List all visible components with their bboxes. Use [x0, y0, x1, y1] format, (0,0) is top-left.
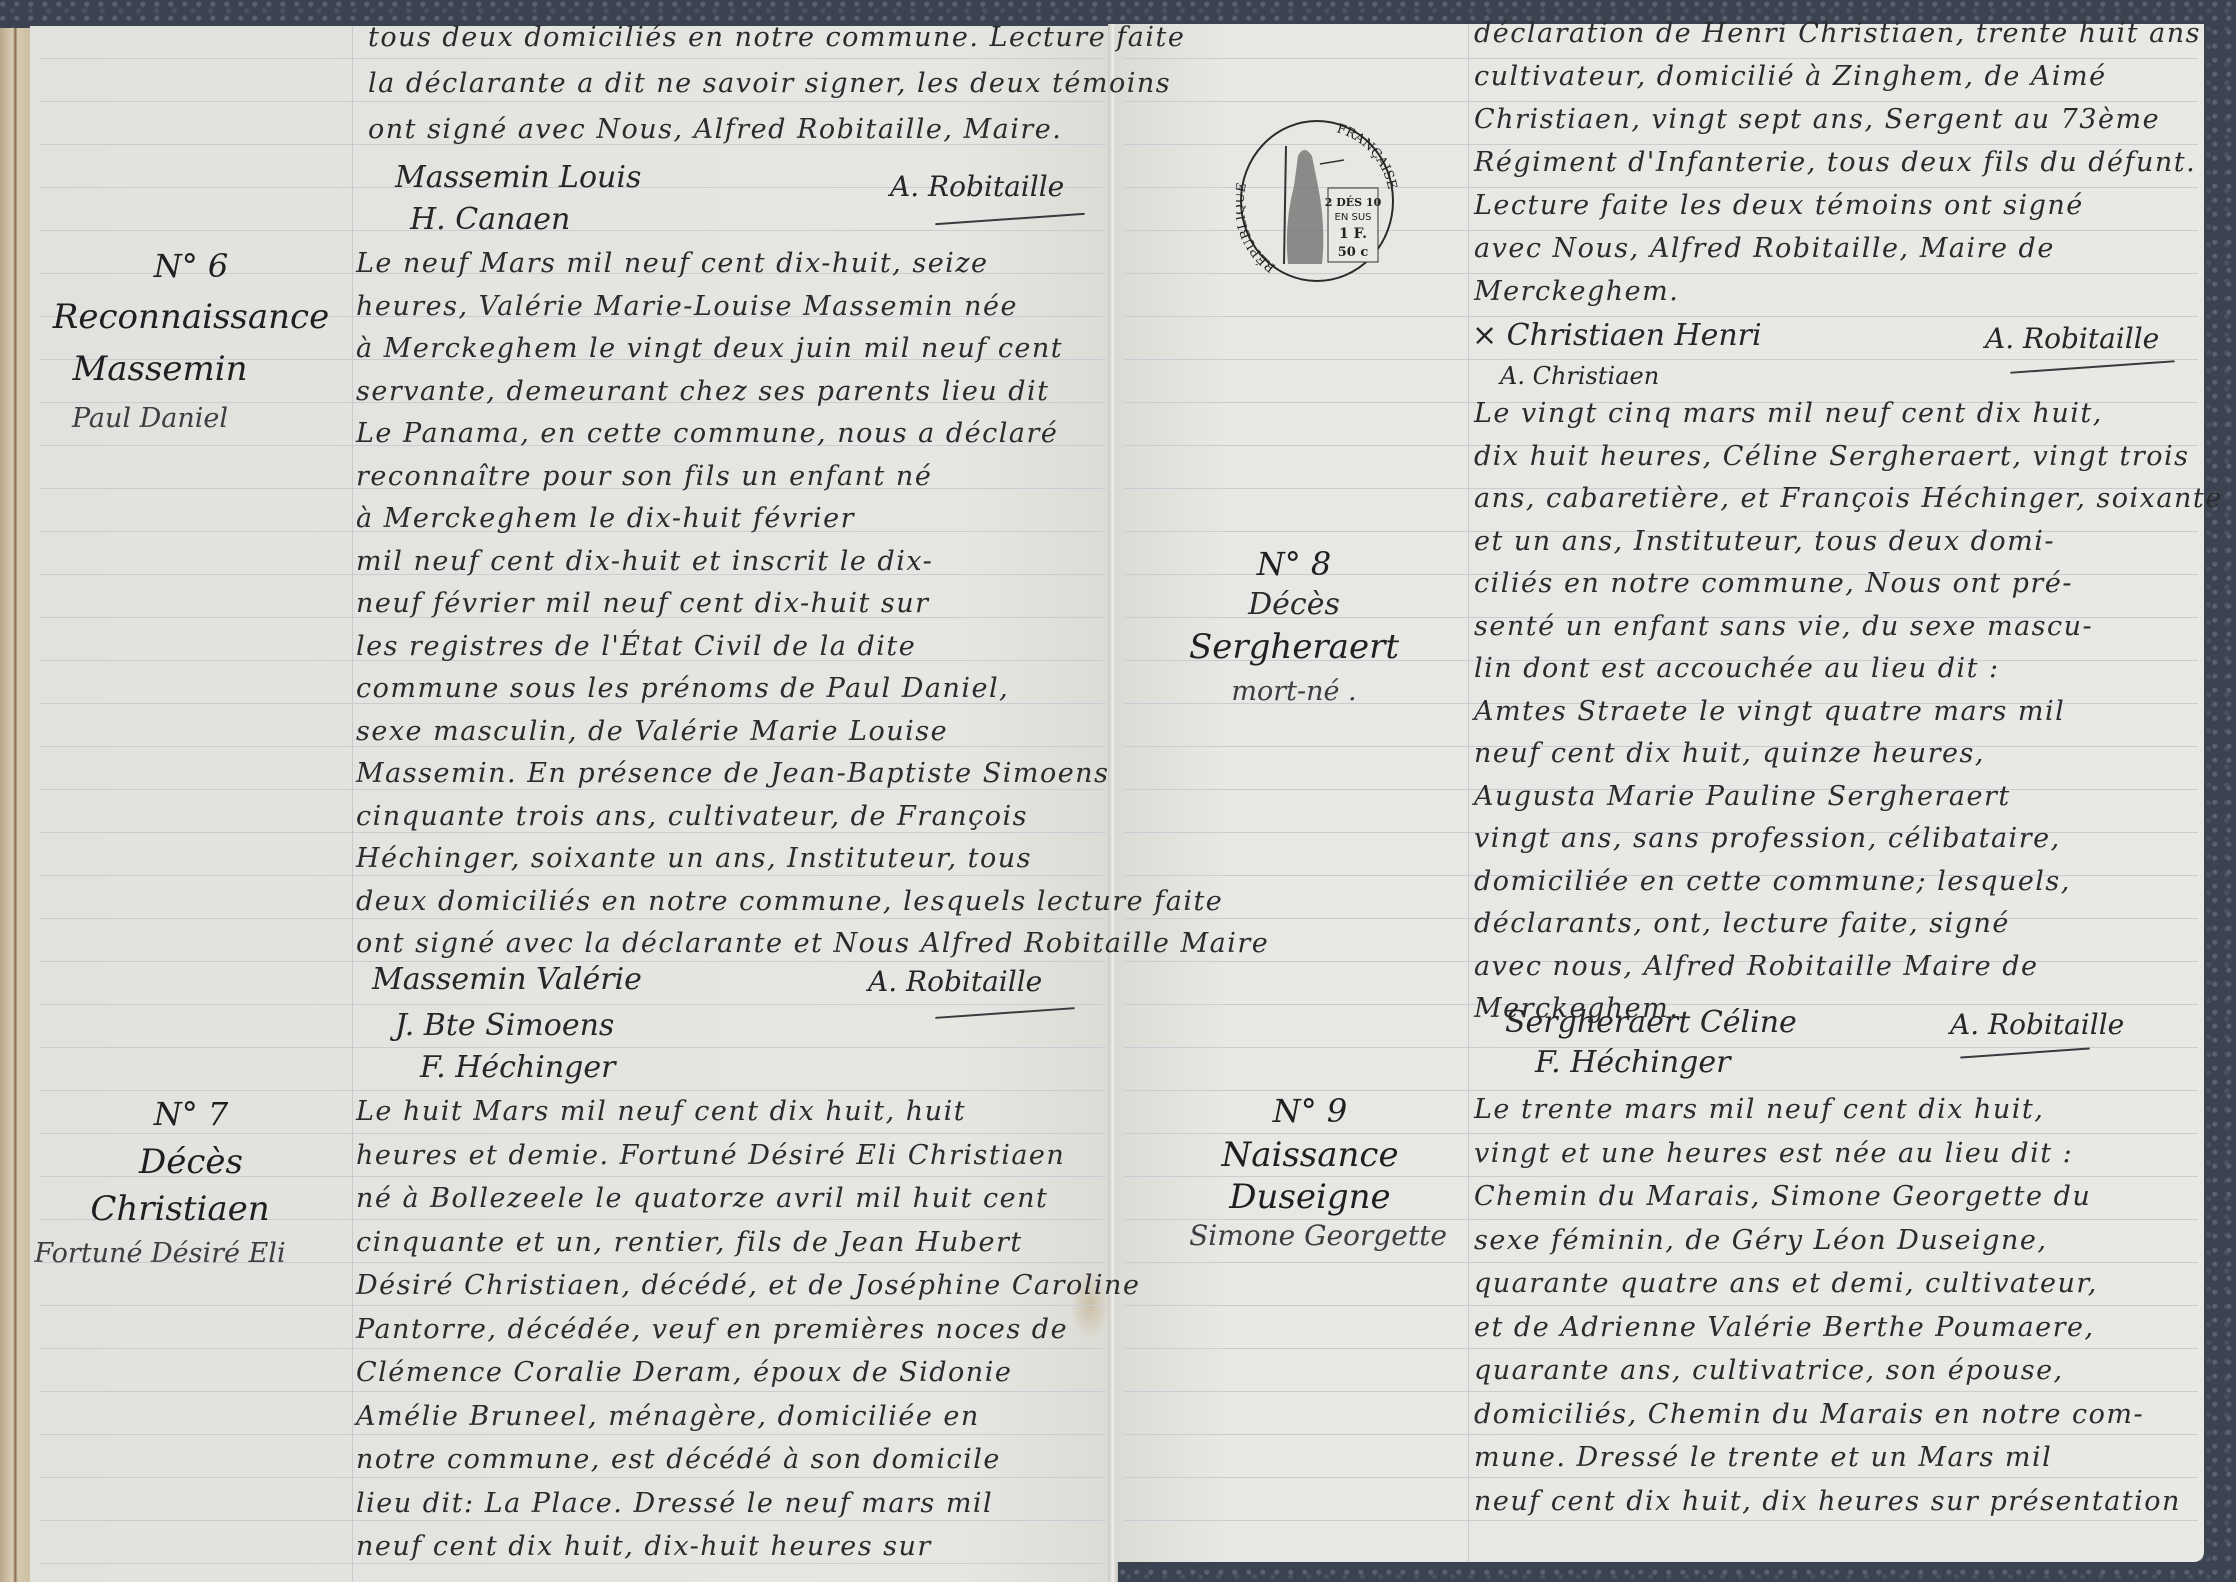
- stamp-line-2: EN SUS: [1335, 212, 1372, 223]
- body-line: Désiré Christiaen, décédé, et de Joséphi…: [356, 1272, 1140, 1299]
- entry-number: N° 9: [1160, 1095, 1460, 1127]
- body-line: et de Adrienne Valérie Berthe Poumaere,: [1474, 1314, 2095, 1341]
- ruled-line: [1124, 1391, 2198, 1392]
- entry-type: Décès: [1120, 590, 1468, 620]
- body-line: né à Bollezeele le quatorze avril mil hu…: [356, 1185, 1048, 1212]
- signature-christiaen-henri: × Christiaen Henri: [1472, 318, 1762, 353]
- signature-witness-2: F. Héchinger: [420, 1050, 615, 1085]
- ruled-line: [1124, 316, 2198, 317]
- body-line: Pantorre, décédée, veuf en premières noc…: [356, 1316, 1068, 1343]
- ruled-line: [40, 918, 1106, 919]
- body-line: heures, Valérie Marie-Louise Massemin né…: [356, 293, 1018, 320]
- body-line: neuf cent dix huit, dix heures sur prése…: [1474, 1488, 2181, 1515]
- body-line: lieu dit: La Place. Dressé le neuf mars …: [356, 1490, 993, 1517]
- entry-surname: Massemin: [20, 352, 300, 386]
- ruled-line: [40, 1305, 1106, 1306]
- body-line: lin dont est accouchée au lieu dit :: [1474, 655, 2000, 682]
- body-line: Amélie Bruneel, ménagère, domiciliée en: [356, 1403, 980, 1430]
- body-line: mune. Dressé le trente et un Mars mil: [1474, 1444, 2052, 1471]
- ruled-line: [40, 1133, 1106, 1134]
- body-line: cinquante trois ans, cultivateur, de Fra…: [356, 803, 1028, 830]
- body-line: à Merckeghem le dix-huit février: [356, 505, 855, 532]
- body-line: neuf cent dix huit, dix-huit heures sur: [356, 1533, 932, 1560]
- ruled-line: [40, 230, 1106, 231]
- body-line: Héchinger, soixante un ans, Instituteur,…: [356, 845, 1032, 872]
- ruled-line: [1124, 1348, 2198, 1349]
- body-line: cinquante et un, rentier, fils de Jean H…: [356, 1229, 1023, 1256]
- signature-canaen: H. Canaen: [410, 202, 570, 237]
- ruled-line: [40, 1090, 1106, 1091]
- body-line: Le huit Mars mil neuf cent dix huit, hui…: [356, 1098, 966, 1125]
- entry-type: Naissance: [1160, 1138, 1460, 1172]
- ruled-line: [40, 832, 1106, 833]
- body-line: Christiaen, vingt sept ans, Sergent au 7…: [1474, 106, 2160, 133]
- signature-massemin-louis: Massemin Louis: [395, 160, 641, 195]
- body-line: domiciliés, Chemin du Marais en notre co…: [1474, 1401, 2144, 1428]
- ruled-line: [40, 875, 1106, 876]
- body-line: notre commune, est décédé à son domicile: [356, 1446, 1001, 1473]
- body-line: avec nous, Alfred Robitaille Maire de: [1474, 953, 2039, 980]
- body-line: heures et demie. Fortuné Désiré Eli Chri…: [356, 1142, 1065, 1169]
- stamp-line-3: 1 F.: [1339, 226, 1367, 242]
- body-line: senté un enfant sans vie, du sexe mascu-: [1474, 613, 2093, 640]
- body-line: domiciliée en cette commune; lesquels,: [1474, 868, 2071, 895]
- ruled-line: [40, 1434, 1106, 1435]
- entry-surname: Christiaen: [30, 1192, 330, 1226]
- entry-number: N° 7: [30, 1098, 352, 1130]
- body-line: ont signé avec Nous, Alfred Robitaille, …: [368, 116, 1062, 143]
- body-line: cultivateur, domicilié à Zinghem, de Aim…: [1474, 63, 2107, 90]
- ruled-line: [40, 1047, 1106, 1048]
- body-line: Régiment d'Infanterie, tous deux fils du…: [1474, 149, 2196, 176]
- revenue-stamp-icon: RÉPUBLIQUE FRANÇAISE 2 DÉS 10 EN SUS 1 F…: [1236, 116, 1398, 286]
- ruled-line: [1124, 1262, 2198, 1263]
- signature-mayor: A. Robitaille: [868, 965, 1042, 998]
- body-line: Massemin. En présence de Jean-Baptiste S…: [356, 760, 1109, 787]
- body-line: sexe masculin, de Valérie Marie Louise: [356, 718, 948, 745]
- svg-text:FRANÇAISE: FRANÇAISE: [1335, 121, 1398, 190]
- body-line: avec Nous, Alfred Robitaille, Maire de: [1474, 235, 2055, 262]
- body-line: deux domiciliés en notre commune, lesque…: [356, 888, 1223, 915]
- ruled-line: [40, 1391, 1106, 1392]
- body-line: ont signé avec la déclarante et Nous Alf…: [356, 930, 1269, 957]
- body-line: reconnaître pour son fils un enfant né: [356, 463, 932, 490]
- body-line: quarante ans, cultivatrice, son épouse,: [1474, 1357, 2064, 1384]
- ruled-line: [40, 1348, 1106, 1349]
- signature-witness-1: J. Bte Simoens: [395, 1008, 614, 1043]
- ruled-line: [40, 101, 1106, 102]
- body-line: Chemin du Marais, Simone Georgette du: [1474, 1183, 2091, 1210]
- body-line: Amtes Straete le vingt quatre mars mil: [1474, 698, 2065, 725]
- body-line: vingt et une heures est née au lieu dit …: [1474, 1140, 2073, 1167]
- body-line: commune sous les prénoms de Paul Daniel,: [356, 675, 1009, 702]
- entry-type: Décès: [30, 1145, 352, 1179]
- body-line: ciliés en notre commune, Nous ont pré-: [1474, 570, 2073, 597]
- body-line: les registres de l'État Civil de la dite: [356, 633, 916, 660]
- body-line: Merckeghem.: [1474, 278, 1679, 305]
- stamp-ring-right: FRANÇAISE: [1335, 121, 1398, 190]
- body-line: déclarants, ont, lecture faite, signé: [1474, 910, 2010, 937]
- ruled-line: [40, 1004, 1106, 1005]
- body-line: Clémence Coralie Deram, époux de Sidonie: [356, 1359, 1012, 1386]
- body-line: neuf cent dix huit, quinze heures,: [1474, 740, 1985, 767]
- signature-christiaen-aime: A. Christiaen: [1500, 362, 1659, 390]
- ruled-line: [1124, 1434, 2198, 1435]
- entry-surname: Duseigne: [1160, 1180, 1460, 1214]
- body-line: Le trente mars mil neuf cent dix huit,: [1474, 1096, 2044, 1123]
- ruled-line: [1124, 359, 2198, 360]
- left-margin-rule: [352, 26, 353, 1582]
- signature-mayor: A. Robitaille: [1985, 322, 2159, 355]
- stamp-line-1: 2 DÉS 10: [1325, 195, 1382, 209]
- entry-surname: Sergheraert: [1120, 630, 1468, 664]
- signature-mayor: A. Robitaille: [890, 170, 1064, 203]
- entry-given-names: mort-né .: [1120, 678, 1468, 705]
- ruled-line: [1124, 101, 2198, 102]
- ruled-line: [1124, 1090, 2198, 1091]
- body-line: tous deux domiciliés en notre commune. L…: [368, 24, 1185, 51]
- entry-type: Reconnaissance: [30, 300, 352, 334]
- right-margin-rule: [1468, 24, 1469, 1562]
- body-line: ans, cabaretière, et François Héchinger,…: [1474, 485, 2223, 512]
- ruled-line: [1124, 1133, 2198, 1134]
- body-line: vingt ans, sans profession, célibataire,: [1474, 825, 2061, 852]
- ruled-line: [40, 58, 1106, 59]
- body-line: mil neuf cent dix-huit et inscrit le dix…: [356, 548, 933, 575]
- body-line: la déclarante a dit ne savoir signer, le…: [368, 70, 1171, 97]
- ruled-line: [1124, 1477, 2198, 1478]
- svg-text:RÉPUBLIQUE: RÉPUBLIQUE: [1236, 181, 1278, 274]
- stamp-ring-left: RÉPUBLIQUE: [1236, 181, 1278, 274]
- body-line: déclaration de Henri Christiaen, trente …: [1474, 20, 2201, 47]
- ruled-line: [1124, 1520, 2198, 1521]
- signature-mayor: A. Robitaille: [1950, 1008, 2124, 1041]
- body-line: à Merckeghem le vingt deux juin mil neuf…: [356, 335, 1063, 362]
- body-line: neuf février mil neuf cent dix-huit sur: [356, 590, 930, 617]
- body-line: sexe féminin, de Géry Léon Duseigne,: [1474, 1227, 2047, 1254]
- body-line: quarante quatre ans et demi, cultivateur…: [1474, 1270, 2098, 1297]
- body-line: Le Panama, en cette commune, nous a décl…: [356, 420, 1058, 447]
- body-line: dix huit heures, Céline Sergheraert, vin…: [1474, 443, 2190, 470]
- entry-given-names: Paul Daniel: [20, 405, 280, 432]
- ruled-line: [40, 1477, 1106, 1478]
- body-line: Le vingt cinq mars mil neuf cent dix hui…: [1474, 400, 2103, 427]
- entry-number: N° 6: [30, 250, 352, 282]
- entry-given-names: Simone Georgette: [1168, 1222, 1468, 1250]
- body-line: servante, demeurant chez ses parents lie…: [356, 378, 1050, 405]
- stamp-line-4: 50 c: [1338, 245, 1369, 260]
- book-page-edges: [0, 28, 32, 1582]
- body-line: Lecture faite les deux témoins ont signé: [1474, 192, 2084, 219]
- entry-given-names: Fortuné Désiré Eli: [10, 1240, 310, 1267]
- body-line: et un ans, Instituteur, tous deux domi-: [1474, 528, 2055, 555]
- ruled-line: [1124, 58, 2198, 59]
- body-line: Augusta Marie Pauline Sergheraert: [1474, 783, 2011, 810]
- signature-witness: F. Héchinger: [1535, 1045, 1730, 1080]
- ruled-line: [40, 789, 1106, 790]
- ruled-line: [40, 1520, 1106, 1521]
- ruled-line: [1124, 1305, 2198, 1306]
- ruled-line: [40, 1563, 1106, 1564]
- signature-declarant: Massemin Valérie: [372, 962, 642, 997]
- signature-declarant: Sergheraert Céline: [1505, 1005, 1797, 1040]
- body-line: Le neuf Mars mil neuf cent dix-huit, sei…: [356, 250, 989, 277]
- entry-number: N° 8: [1120, 548, 1468, 580]
